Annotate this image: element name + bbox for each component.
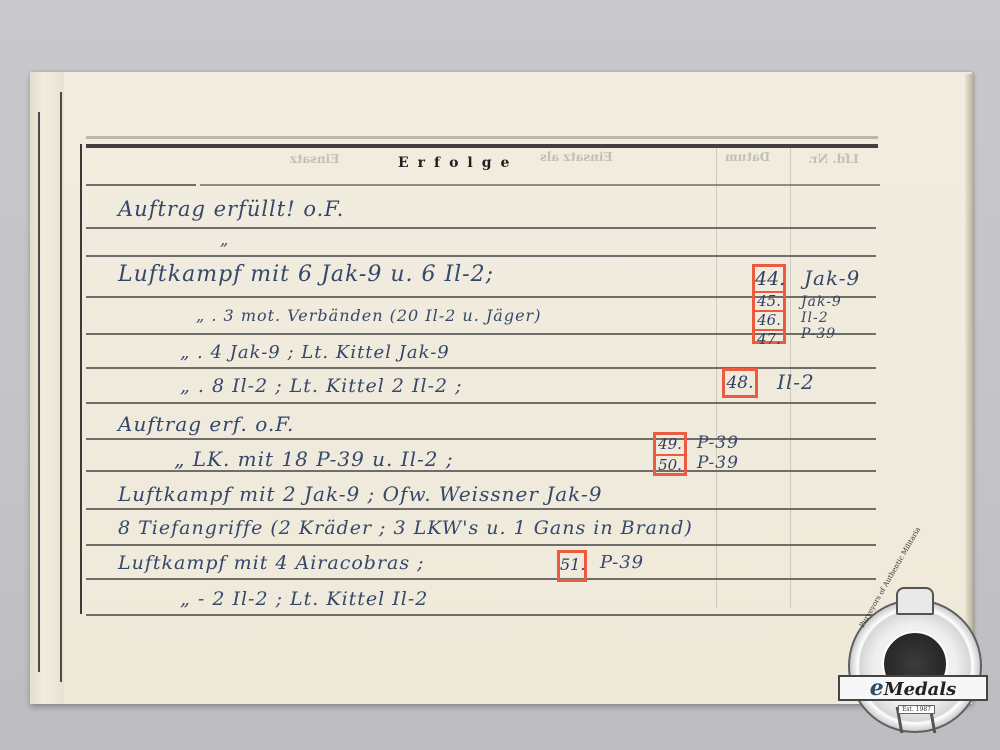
ghost-column-rule (716, 148, 717, 608)
spine-rule (60, 92, 62, 682)
handwritten-entry: Auftrag erfüllt! o.F. (118, 197, 344, 221)
watermark-brand: Medals (884, 679, 957, 700)
handwritten-entry: „ . 8 Il-2 ; Lt. Kittel 2 Il-2 ; (180, 375, 463, 397)
victory-number: 45. (755, 293, 783, 312)
victory-box-group: 44. 45. 46. 47. (752, 264, 786, 344)
handwritten-entry: „ - 2 Il-2 ; Lt. Kittel Il-2 (180, 588, 428, 610)
header-faint-rule (86, 136, 878, 139)
ruled-line (86, 508, 876, 510)
ruled-line (200, 184, 880, 186)
handwritten-entry: 8 Tiefangriffe (2 Kräder ; 3 LKW's u. 1 … (118, 517, 693, 539)
ruled-line (86, 227, 876, 229)
victory-type: Jak-9 (801, 294, 842, 310)
crown-icon (896, 587, 934, 615)
victory-type: P-39 (697, 453, 739, 473)
victory-number: 50. (656, 456, 684, 475)
emedals-watermark: Purveyors of Authentic Militaria eMedals… (838, 585, 988, 735)
handwritten-entry: Luftkampf mit 6 Jak-9 u. 6 Il-2; (118, 262, 494, 287)
victory-number: 48. (726, 373, 753, 393)
handwritten-entry: „ . 3 mot. Verbänden (20 Il-2 u. Jäger) (196, 306, 541, 325)
ruled-line (86, 255, 876, 257)
left-margin-rule (80, 144, 82, 614)
ghost-header: Lfd. Nr. (808, 152, 859, 166)
handwritten-entry: „ . 4 Jak-9 ; Lt. Kittel Jak-9 (180, 342, 450, 363)
victory-box-group: 49. 50. (653, 432, 687, 476)
victory-number: 49. (656, 435, 684, 456)
ghost-header: Datum (725, 150, 770, 164)
ruled-line (86, 438, 876, 440)
watermark-brand-prefix: e (870, 675, 884, 701)
victory-box: 48. (722, 368, 758, 398)
handwritten-entry: Auftrag erf. o.F. (118, 412, 294, 436)
page-title: Erfolge (398, 155, 518, 171)
ruled-line (86, 614, 876, 616)
watermark-banner: eMedals (838, 675, 988, 701)
ruled-line (86, 578, 876, 580)
ruled-line (86, 402, 876, 404)
victory-type: Il-2 (801, 310, 829, 326)
handwritten-entry: Luftkampf mit 2 Jak-9 ; Ofw. Weissner Ja… (118, 482, 602, 506)
handwritten-entry: Luftkampf mit 4 Airacobras ; (118, 552, 425, 574)
handwritten-entry: „ LK. mit 18 P-39 u. Il-2 ; (174, 447, 454, 471)
victory-number: 44. (755, 267, 783, 293)
watermark-established: Est. 1987 (898, 705, 935, 714)
header-thick-rule (86, 144, 878, 148)
victory-type: P-39 (600, 552, 644, 573)
ruled-line (86, 184, 196, 186)
victory-number: 51. (560, 555, 585, 574)
ghost-header: Einsatz als (540, 150, 613, 164)
book-spine (30, 72, 65, 704)
victory-number: 46. (755, 312, 783, 331)
victory-type: Il-2 (777, 370, 815, 394)
ruled-line (86, 544, 876, 546)
victory-number: 47. (755, 331, 783, 348)
victory-type: P-39 (697, 433, 739, 453)
victory-type: P-39 (801, 326, 836, 342)
victory-box: 51. (557, 550, 587, 582)
ghost-header: Einsatz (290, 152, 339, 166)
ditto-mark: „ (220, 230, 229, 249)
victory-type: Jak-9 (804, 266, 860, 290)
spine-rule (38, 112, 40, 672)
